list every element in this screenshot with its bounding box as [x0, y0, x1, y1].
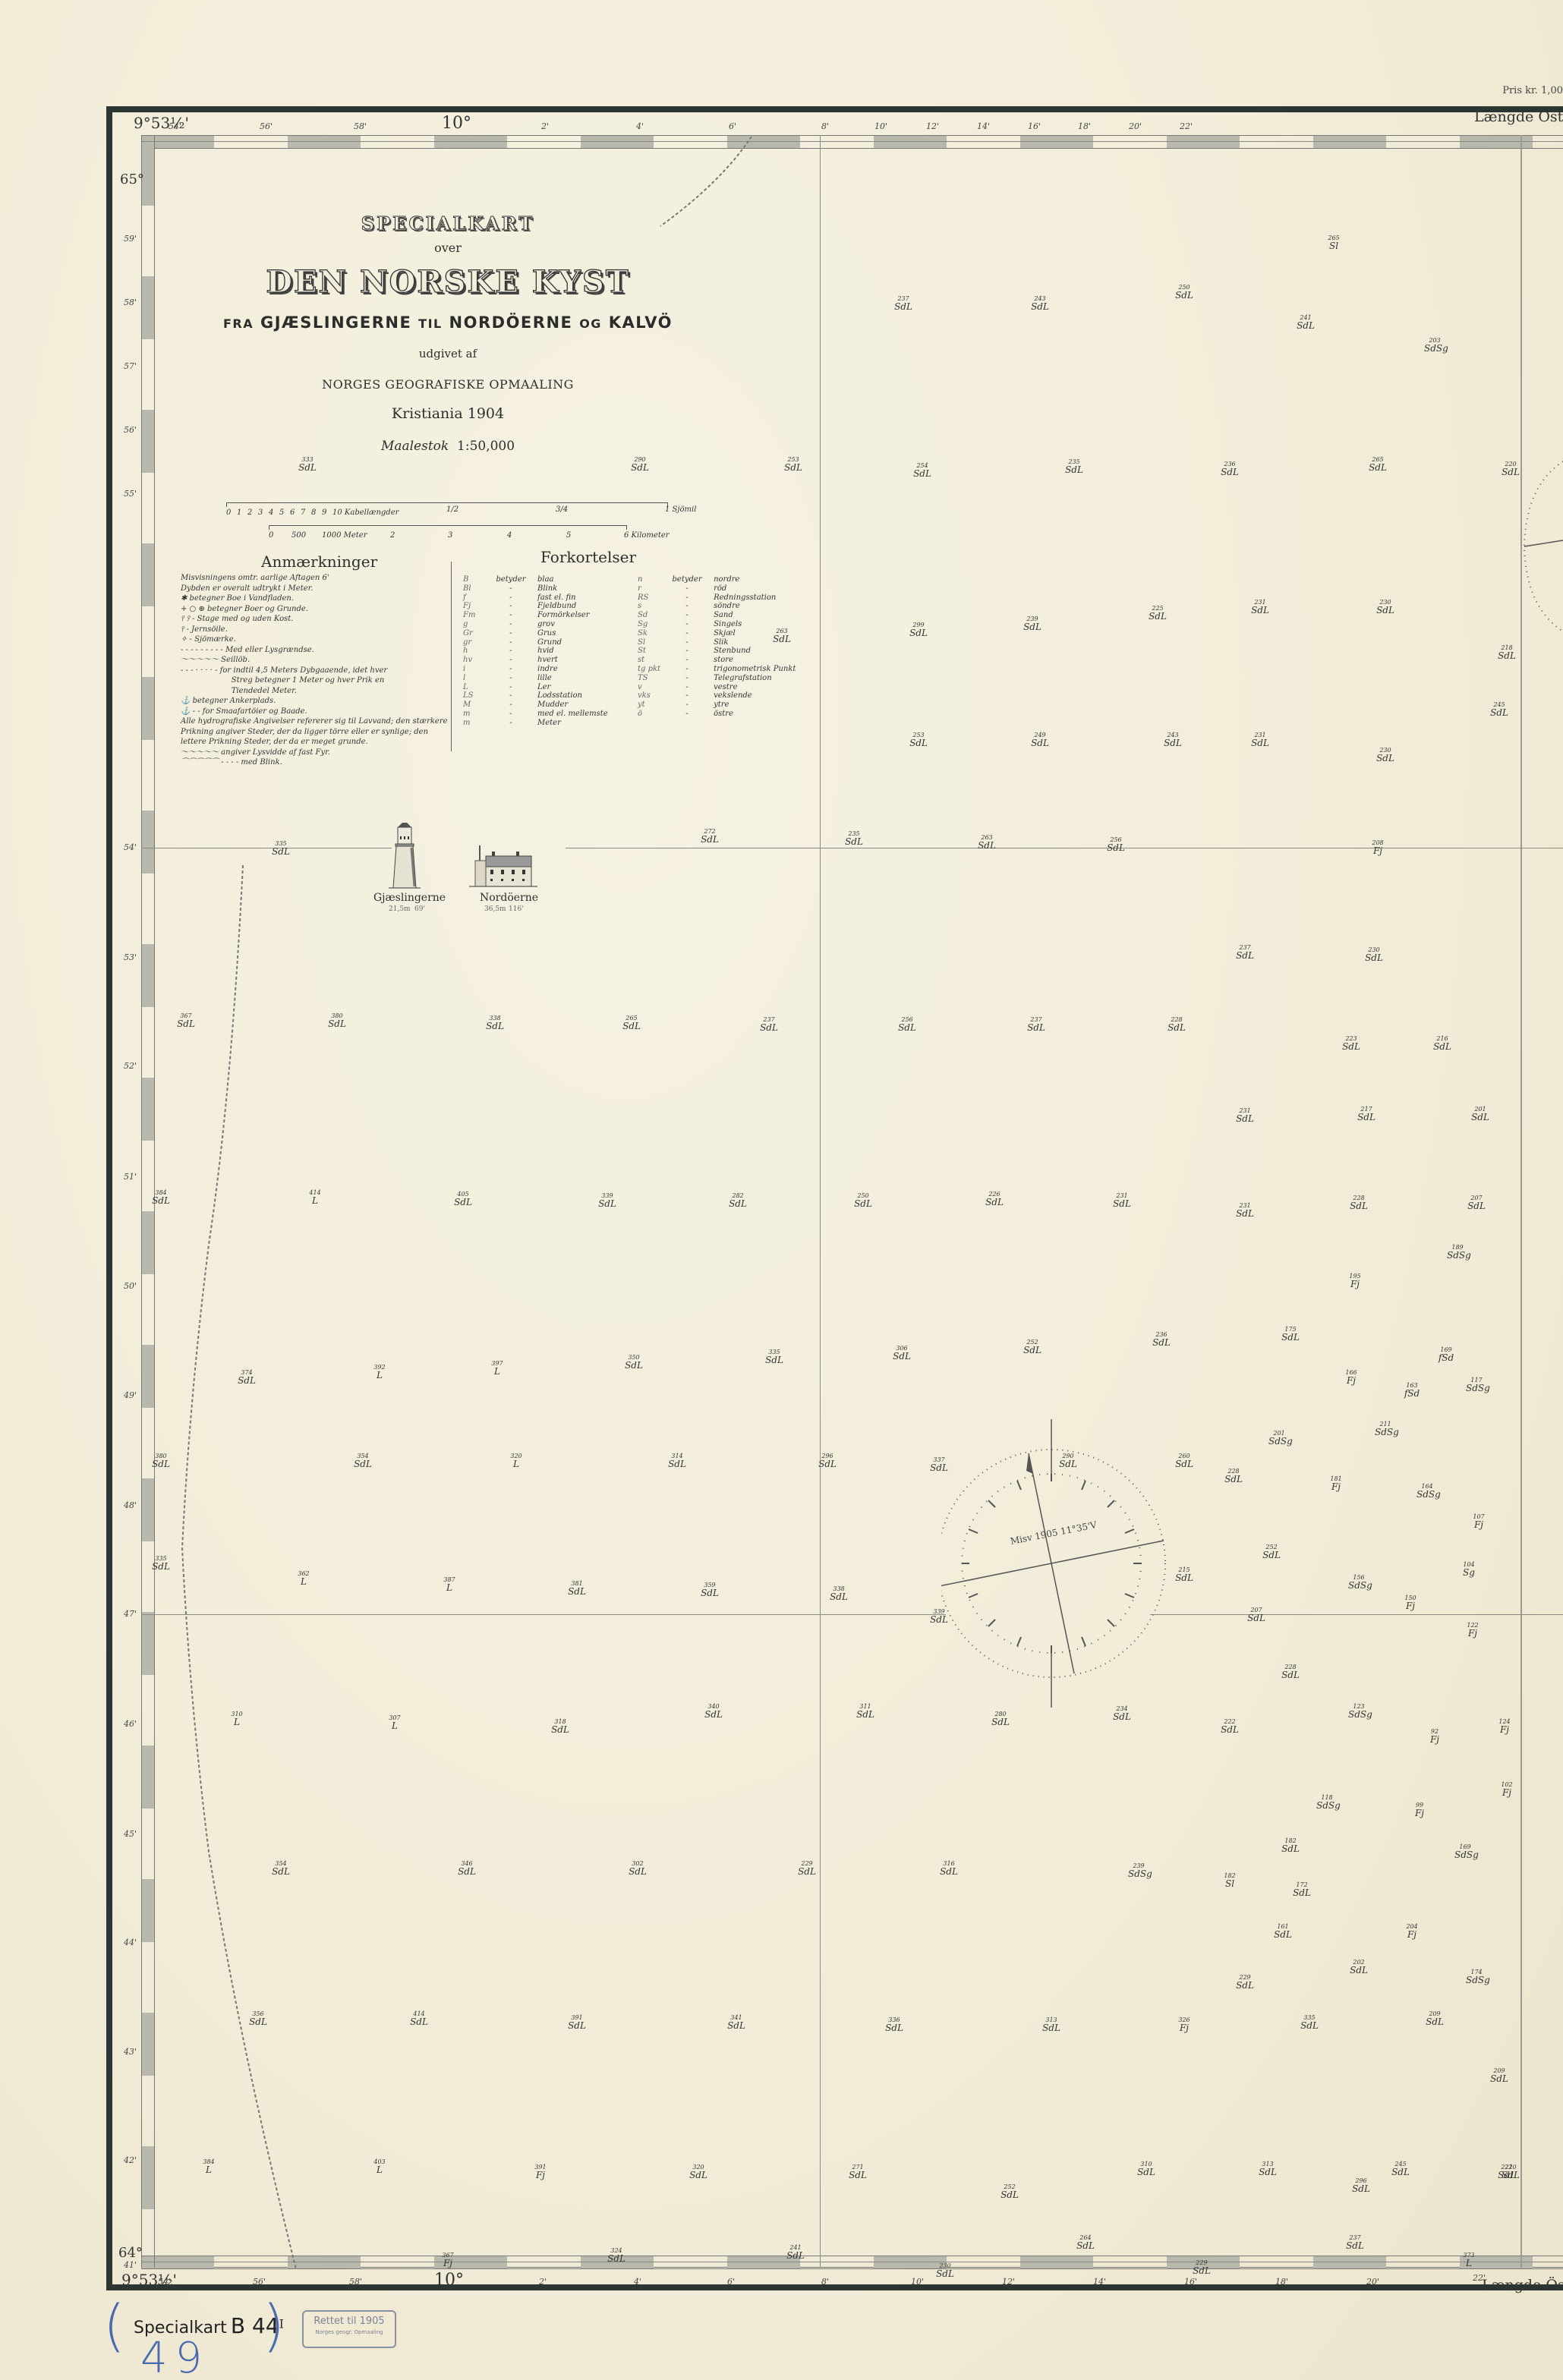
depth-sounding: 218SdL — [1496, 645, 1517, 660]
depth-sounding: 256SdL — [897, 1017, 918, 1032]
note-line: ⫯ - Jernsöile. — [181, 625, 462, 635]
depth-sounding: 338SdL — [828, 1586, 849, 1601]
depth-sounding: 226SdL — [984, 1192, 1005, 1207]
depth-sounding: 333SdL — [297, 457, 318, 472]
compass-rose-partial-icon — [1518, 455, 1563, 637]
lat-label-6: 54' — [124, 842, 137, 852]
abbreviation-row: LS-Lodsstationvks-vekslende — [459, 691, 809, 700]
correction-stamp: Rettet til 1905 Norges geogr. Opmaaling — [302, 2310, 396, 2348]
depth-sounding: 403L — [369, 2159, 390, 2174]
top-longitude-scale — [141, 135, 1563, 149]
nm-three-quarter: 3/4 — [556, 505, 568, 514]
nm-one: 1 Sjömil — [665, 505, 696, 514]
title-specialkart: SPECIALKART — [182, 212, 714, 235]
depth-sounding: 280SdL — [990, 1711, 1011, 1727]
note-line: + ○ ⊛ betegner Boer og Grunde. — [181, 604, 462, 615]
lon-label-top-3: 58' — [354, 121, 367, 131]
depth-sounding: 204Fj — [1401, 1924, 1423, 1939]
km-tick-7: 6 Kilometer — [624, 531, 670, 540]
longitude-title-top: Længde Öst Gr — [1474, 109, 1563, 125]
depth-sounding: 181Fj — [1325, 1476, 1347, 1491]
depth-sounding: 302SdL — [627, 1861, 648, 1876]
lon-label-top-14: 20' — [1129, 121, 1142, 131]
depth-sounding: 245SdL — [1390, 2161, 1411, 2177]
note-line: Misvisningens omtr. aarlige Aftagen 6' — [181, 573, 462, 584]
lon-label-bottom-1: 54' — [158, 2277, 171, 2287]
depth-sounding: 249SdL — [1029, 732, 1051, 748]
lon-label-top-7: 6' — [729, 121, 736, 131]
depth-sounding: 380SdL — [150, 1453, 172, 1469]
depth-sounding: 250SdL — [1174, 285, 1195, 300]
depth-sounding: 272SdL — [699, 829, 720, 844]
notes-heading: Anmærkninger — [261, 552, 377, 571]
depth-sounding: 202SdL — [1348, 1960, 1369, 1975]
depth-sounding: 124Fj — [1494, 1719, 1515, 1734]
depth-sounding: 235SdL — [1064, 459, 1085, 474]
depth-sounding: 161SdL — [1272, 1924, 1294, 1939]
depth-sounding: 169SdSg — [1454, 1844, 1476, 1859]
depth-sounding: 320SdL — [688, 2164, 709, 2180]
depth-sounding: 156SdSg — [1348, 1575, 1369, 1590]
lighthouse-range-gjaeslingerne: 69' — [414, 905, 425, 913]
depth-sounding: 231SdL — [1111, 1193, 1133, 1208]
depth-sounding: 311SdL — [855, 1704, 876, 1719]
gjaeslingerne-lighthouse-icon — [386, 821, 424, 889]
depth-sounding: 253SdL — [783, 457, 804, 472]
depth-sounding: 243SdL — [1029, 296, 1051, 311]
lon-label-top-15: 22' — [1180, 121, 1193, 131]
depth-sounding: 228SdL — [1223, 1469, 1244, 1484]
depth-sounding: 250SdL — [852, 1193, 874, 1208]
depth-sounding: 320L — [506, 1453, 527, 1469]
abbreviation-row: i-indretg pkt-trigonometrisk Punkt — [459, 665, 809, 674]
abbreviation-row: gr-GrundSl-Slik — [459, 638, 809, 647]
lat-label-14: 46' — [124, 1719, 137, 1729]
note-line: ⚓ betegner Ankerplads. — [181, 696, 462, 707]
title-scale: Maalestok 1:50,000 — [182, 439, 714, 454]
km-tick-2: 1000 Meter — [322, 531, 367, 540]
depth-sounding: 195Fj — [1344, 1273, 1366, 1289]
cable-tick-2: 2 — [247, 508, 252, 517]
depth-sounding: 182SdL — [1280, 1838, 1301, 1853]
lat-label-7: 53' — [124, 952, 137, 962]
depth-sounding: 391Fj — [530, 2164, 551, 2180]
depth-sounding: 381SdL — [566, 1581, 588, 1596]
lon-label-top-5: 2' — [541, 121, 549, 131]
depth-sounding: 236SdL — [1219, 461, 1240, 477]
km-tick-5: 4 — [507, 531, 512, 540]
depth-sounding: 271SdL — [847, 2164, 868, 2180]
depth-sounding: 354SdL — [352, 1453, 373, 1469]
lon-label-top-1: 54' — [169, 121, 181, 131]
title-udgivet-af: udgivet af — [182, 347, 714, 360]
lon-label-bottom-5: 2' — [539, 2277, 547, 2287]
abbreviation-row: g-grovSg-Singels — [459, 620, 809, 629]
depth-sounding: 354SdL — [270, 1861, 291, 1876]
abbreviation-row: h-hvidSt-Stenbund — [459, 647, 809, 656]
depth-sounding: 264SdL — [1075, 2235, 1096, 2250]
abbreviation-row: hv-hvertst-store — [459, 656, 809, 665]
depth-sounding: 241SdL — [785, 2245, 806, 2260]
depth-sounding: 237SdL — [1026, 1017, 1047, 1032]
depth-sounding: 235SdL — [843, 831, 865, 846]
depth-sounding: 299SdL — [908, 622, 929, 637]
depth-sounding: 310L — [226, 1711, 247, 1727]
lon-label-bottom-13: 18' — [1275, 2277, 1288, 2287]
depth-sounding: 256SdL — [1105, 837, 1127, 852]
depth-sounding: 391SdL — [566, 2015, 588, 2030]
lat-label-15: 45' — [124, 1829, 137, 1839]
note-line: Alle hydrografiske Angivelser refererer … — [181, 716, 462, 727]
depth-sounding: 318SdL — [550, 1719, 571, 1734]
depth-sounding: 208Fj — [1367, 840, 1388, 855]
note-line: ✱ betegner Boe i Vandfladen. — [181, 593, 462, 604]
depth-sounding: 223SdL — [1341, 1036, 1362, 1051]
depth-sounding: 367SdL — [175, 1013, 197, 1028]
depth-sounding: 230SdL — [934, 2263, 956, 2278]
depth-sounding: 263SdL — [771, 628, 793, 644]
depth-sounding: 228SdL — [1280, 1664, 1301, 1680]
depth-sounding: 220SdL — [1500, 2164, 1521, 2180]
depth-sounding: 174SdSg — [1466, 1969, 1487, 1985]
depth-sounding: 350SdL — [623, 1355, 644, 1370]
lat-label-0: 65° — [120, 172, 144, 187]
lat-label-20: 41' — [124, 2260, 137, 2270]
lon-label-top-4: 10° — [442, 114, 471, 133]
depth-sounding: 231SdL — [1234, 1108, 1256, 1123]
depth-sounding: 230SdL — [1375, 748, 1396, 763]
depth-sounding: 260SdL — [1174, 1453, 1195, 1469]
note-line: ～～～～～ Seillöb. — [181, 655, 462, 666]
cable-tick-4: 4 — [269, 508, 273, 517]
depth-sounding: 231SdL — [1234, 1203, 1256, 1218]
depth-sounding: 211SdSg — [1375, 1421, 1396, 1437]
nordoerne-lighthouse-icon — [469, 844, 537, 888]
depth-sounding: 414SdL — [408, 2011, 430, 2026]
lat-label-3: 57' — [124, 361, 137, 371]
depth-sounding: 341SdL — [726, 2015, 747, 2030]
note-line: Tiendedel Meter. — [181, 686, 462, 697]
depth-sounding: 263SdL — [976, 835, 997, 850]
title-place-year: Kristiania 1904 — [182, 405, 714, 422]
abbreviation-row: f-fast el. finRS-Redningsstation — [459, 593, 809, 603]
depth-sounding: 201SdSg — [1268, 1431, 1290, 1446]
depth-sounding: 117SdSg — [1466, 1377, 1487, 1393]
depth-sounding: 228SdL — [1166, 1017, 1187, 1032]
depth-sounding: 229SdL — [1191, 2260, 1212, 2275]
cable-tick-1: 1 — [237, 508, 241, 517]
depth-sounding: 335SdL — [270, 841, 291, 856]
depth-sounding: 220SdL — [1500, 461, 1521, 477]
depth-sounding: 316SdL — [938, 1861, 960, 1876]
lon-label-top-11: 14' — [977, 121, 990, 131]
note-line: ‐ ‐ ‐ · · · · - for indtil 4,5 Meters Dy… — [181, 666, 462, 676]
depth-sounding: 104Sg — [1458, 1562, 1479, 1577]
depth-sounding: 209SdL — [1424, 2011, 1445, 2026]
lat-label-5: 55' — [124, 489, 137, 499]
cable-tick-5: 5 — [279, 508, 284, 517]
depth-sounding: 102Fj — [1496, 1782, 1517, 1797]
abbreviation-row: l-lilleTS-Telegrafstation — [459, 674, 809, 683]
depth-sounding: 243SdL — [1162, 732, 1183, 748]
note-line: ✧ - Sjömærke. — [181, 634, 462, 645]
depth-sounding: 230SdL — [1363, 947, 1385, 962]
depth-sounding: 123SdSg — [1348, 1704, 1369, 1719]
depth-sounding: 254SdL — [912, 463, 933, 478]
abbreviation-row: Gr-GrusSk-Skjæl — [459, 629, 809, 638]
bottom-longitude-scale — [141, 2256, 1563, 2269]
light-range-arc-top — [653, 137, 759, 228]
cable-tick-0: 0 — [226, 508, 231, 517]
lon-label-bottom-14: 20' — [1366, 2277, 1379, 2287]
depth-sounding: 367Fj — [437, 2252, 459, 2268]
depth-sounding: 245SdL — [1489, 702, 1510, 717]
lon-label-top-13: 18' — [1078, 121, 1091, 131]
lat-label-11: 49' — [124, 1390, 137, 1400]
depth-sounding: 282SdL — [727, 1193, 748, 1208]
note-line: ⚓ - - for Smaafartöier og Baade. — [181, 707, 462, 717]
cable-tick-9: 9 — [322, 508, 326, 517]
price-label: Pris kr. 1,00 — [1502, 85, 1563, 96]
note-line: ～～～～～ angiver Lysvidde af fast Fyr. — [181, 748, 462, 758]
depth-sounding: 252SdL — [1261, 1544, 1282, 1560]
depth-sounding: 314SdL — [666, 1453, 688, 1469]
depth-sounding: 215SdL — [1174, 1567, 1195, 1582]
depth-sounding: 324SdL — [606, 2248, 627, 2263]
lighthouse-name-nordoerne: Nordöerne — [480, 892, 538, 904]
depth-sounding: 335SdL — [1299, 2015, 1320, 2030]
depth-sounding: 239SdSg — [1128, 1863, 1149, 1878]
abbreviations-heading: Forkortelser — [540, 548, 636, 566]
depth-sounding: 296SdL — [1350, 2178, 1372, 2193]
lon-label-bottom-12: 16' — [1184, 2277, 1197, 2287]
note-line: ⫯ ⫯ - Stage med og uden Kost. — [181, 614, 462, 625]
depth-sounding: 336SdL — [884, 2017, 905, 2032]
title-over: over — [182, 241, 714, 255]
depth-sounding: 356SdL — [247, 2011, 269, 2026]
depth-sounding: 335SdL — [150, 1556, 172, 1571]
lon-label-top-2: 56' — [260, 121, 273, 131]
cable-tick-6: 6 — [290, 508, 295, 517]
depth-sounding: 253SdL — [908, 732, 929, 748]
depth-sounding: 209SdL — [1489, 2068, 1510, 2083]
depth-sounding: 239SdL — [1022, 616, 1043, 631]
depth-sounding: 252SdL — [999, 2184, 1020, 2199]
nm-half: 1/2 — [446, 505, 459, 514]
km-tick-3: 2 — [390, 531, 395, 540]
depth-sounding: 207SdL — [1246, 1607, 1267, 1623]
lon-label-bottom-10: 12' — [1002, 2277, 1015, 2287]
depth-sounding: 118SdSg — [1316, 1795, 1338, 1810]
depth-sounding: 346SdL — [456, 1861, 477, 1876]
abbreviation-row: L-Lerv-vestre — [459, 683, 809, 692]
lon-label-top-8: 8' — [821, 121, 829, 131]
lighthouse-height-gjaeslingerne: 21,5m — [389, 905, 411, 913]
depth-sounding: 296SdL — [817, 1453, 838, 1469]
depth-sounding: 230SdL — [1375, 600, 1396, 615]
longitude-title-bottom: Længde Öst Gr — [1482, 2277, 1563, 2293]
depth-sounding: 373L — [1458, 2252, 1479, 2268]
depth-sounding: 313SdL — [1041, 2017, 1062, 2032]
km-tick-0: 0 — [269, 531, 273, 540]
depth-sounding: 405SdL — [452, 1192, 474, 1207]
depth-sounding: 150Fj — [1400, 1595, 1421, 1610]
depth-sounding: 231SdL — [1249, 600, 1271, 615]
depth-sounding: 229SdL — [796, 1861, 818, 1876]
lighthouse-height-nordoerne: 36,5m — [484, 905, 506, 913]
depth-sounding: 217SdL — [1356, 1107, 1377, 1122]
lat-label-18: 42' — [124, 2155, 137, 2165]
depth-sounding: 203SdSg — [1424, 338, 1445, 353]
abbreviation-row: Fm-FormörkelserSd-Sand — [459, 611, 809, 620]
depth-sounding: 99Fj — [1409, 1802, 1430, 1818]
cable-tick-8: 8 — [311, 508, 316, 517]
abbreviation-row: Bl-Blinkr-röd — [459, 584, 809, 593]
note-line: ⌒⌒⌒⌒⌒ - - - - med Blink. — [181, 757, 462, 768]
parallel-47-line-east — [1150, 1614, 1563, 1615]
depth-sounding: 175SdL — [1280, 1327, 1301, 1342]
depth-sounding: 166Fj — [1341, 1370, 1362, 1385]
kilometer-scalebar — [269, 525, 627, 530]
depth-sounding: 326Fj — [1174, 2017, 1195, 2032]
depth-sounding: 313SdL — [1257, 2161, 1278, 2177]
depth-sounding: 397L — [487, 1361, 508, 1376]
lat-label-13: 47' — [124, 1609, 137, 1619]
depth-sounding: 310SdL — [1136, 2161, 1157, 2177]
depth-sounding: 107Fj — [1468, 1514, 1489, 1529]
depth-sounding: 234SdL — [1111, 1706, 1133, 1721]
lat-label-4: 56' — [124, 425, 137, 435]
lat-label-12: 48' — [124, 1500, 137, 1510]
lon-label-bottom-7: 6' — [727, 2277, 735, 2287]
lon-label-top-10: 12' — [926, 121, 939, 131]
note-line: Streg betegner 1 Meter og hver Prik en — [181, 675, 462, 686]
abbreviations-table: BbetyderblaanbetydernordreBl-Blinkr-rödf… — [459, 575, 809, 728]
handwritten-number: 49 — [140, 2334, 210, 2380]
lon-label-bottom-4: 10° — [434, 2271, 464, 2290]
depth-sounding: 225SdL — [1147, 606, 1168, 621]
legend-divider — [451, 562, 452, 751]
lat-label-2: 58' — [124, 297, 137, 307]
lon-label-bottom-3: 58' — [349, 2277, 362, 2287]
depth-sounding: 237SdL — [1344, 2235, 1366, 2250]
lon-label-bottom-6: 4' — [634, 2277, 641, 2287]
handwritten-bracket-left: ( — [103, 2293, 125, 2359]
lighthouse-name-gjaeslingerne: Gjæslingerne — [373, 892, 446, 904]
abbreviation-row: m-med el. mellemsteö-östre — [459, 710, 809, 719]
depth-sounding: 229SdL — [1234, 1975, 1256, 1990]
depth-sounding: 384L — [198, 2159, 219, 2174]
depth-sounding: 164SdSg — [1416, 1484, 1438, 1499]
lon-label-bottom-11: 14' — [1093, 2277, 1106, 2287]
lon-label-top-12: 16' — [1028, 121, 1041, 131]
note-line: lettere Prikning Steder, der da er meget… — [181, 737, 462, 748]
depth-sounding: 92Fj — [1424, 1729, 1445, 1744]
depth-sounding: 169fSd — [1435, 1347, 1457, 1362]
handwritten-bracket-right: ) — [263, 2293, 285, 2359]
lat-label-16: 44' — [124, 1938, 137, 1947]
lighthouse-range-nordoerne: 116' — [509, 905, 524, 913]
lon-label-bottom-9: 10' — [911, 2277, 924, 2287]
lon-label-top-9: 10' — [874, 121, 887, 131]
depth-sounding: 182Sl — [1219, 1873, 1240, 1888]
depth-sounding: 387L — [439, 1577, 460, 1592]
depth-sounding: 201SdL — [1470, 1107, 1491, 1122]
depth-sounding: 241SdL — [1295, 315, 1316, 330]
depth-sounding: 339SdL — [597, 1193, 618, 1208]
depth-sounding: 374SdL — [236, 1370, 257, 1385]
notes-list: Misvisningens omtr. aarlige Aftagen 6' D… — [181, 573, 462, 768]
meridian-10deg-line — [820, 135, 821, 2268]
lat-label-9: 51' — [124, 1172, 137, 1182]
depth-sounding: 252SdL — [1022, 1340, 1043, 1355]
title-region: FRA GJÆSLINGERNE TIL NORDÖERNE OG KALVÖ — [182, 313, 714, 332]
depth-sounding: 236SdL — [1151, 1332, 1172, 1347]
depth-sounding: 189SdSg — [1447, 1245, 1468, 1260]
cable-tick-7: 7 — [301, 508, 305, 517]
depth-sounding: 359SdL — [699, 1582, 720, 1598]
depth-sounding: 122Fj — [1462, 1623, 1483, 1638]
depth-sounding: 384SdL — [150, 1190, 172, 1205]
lon-label-bottom-2: 56' — [253, 2277, 266, 2287]
depth-sounding: 307L — [384, 1715, 405, 1730]
depth-sounding: 414L — [304, 1190, 326, 1205]
km-tick-6: 5 — [566, 531, 571, 540]
km-tick-4: 3 — [448, 531, 452, 540]
note-line: - - - - - - - - - Med eller Lysgrændse. — [181, 645, 462, 656]
depth-sounding: 231SdL — [1249, 732, 1271, 748]
depth-sounding: 380SdL — [326, 1013, 348, 1028]
depth-sounding: 265Sl — [1323, 235, 1344, 250]
depth-sounding: 172SdL — [1291, 1882, 1312, 1897]
abbreviation-row: m-Meter — [459, 719, 809, 728]
depth-sounding: 290SdL — [1057, 1453, 1079, 1469]
note-line: Dybden er overalt udtrykt i Meter. — [181, 584, 462, 594]
depth-sounding: 335SdL — [764, 1349, 785, 1365]
lat-label-10: 50' — [124, 1281, 137, 1291]
depth-sounding: 237SdL — [1234, 945, 1256, 960]
lat-label-8: 52' — [124, 1061, 137, 1071]
depth-sounding: 265SdL — [1367, 457, 1388, 472]
cable-tick-10: 10 Kabellængder — [332, 508, 399, 517]
depth-sounding: 290SdL — [629, 457, 651, 472]
depth-sounding: 306SdL — [891, 1346, 912, 1361]
depth-sounding: 237SdL — [893, 296, 914, 311]
lat-label-1: 59' — [124, 234, 137, 244]
km-tick-1: 500 — [291, 531, 306, 540]
lat-label-17: 43' — [124, 2047, 137, 2057]
abbreviation-row: M-Mudderyt-ytre — [459, 700, 809, 710]
depth-sounding: 237SdL — [758, 1017, 780, 1032]
depth-sounding: 222SdL — [1219, 1719, 1240, 1734]
depth-sounding: 163fSd — [1401, 1383, 1423, 1398]
depth-sounding: 337SdL — [928, 1457, 950, 1472]
note-line: Prikning angiver Steder, der da ligger t… — [181, 727, 462, 738]
lon-label-top-6: 4' — [636, 121, 644, 131]
depth-sounding: 228SdL — [1348, 1195, 1369, 1210]
cable-tick-3: 3 — [258, 508, 263, 517]
abbreviation-row: Fj-Fjeldbunds-söndre — [459, 602, 809, 611]
depth-sounding: 392L — [369, 1365, 390, 1380]
title-den-norske-kyst: DEN NORSKE KYST — [182, 264, 714, 300]
lon-label-bottom-8: 8' — [821, 2277, 829, 2287]
parallel-54-line-west — [141, 848, 392, 848]
depth-sounding: 207SdL — [1466, 1195, 1487, 1210]
depth-sounding: 338SdL — [484, 1015, 506, 1031]
abbreviation-row: Bbetyderblaanbetydernordre — [459, 575, 809, 584]
title-cartouche: SPECIALKART over DEN NORSKE KYST FRA GJÆ… — [182, 205, 714, 454]
parallel-54-line-east — [566, 848, 1563, 848]
